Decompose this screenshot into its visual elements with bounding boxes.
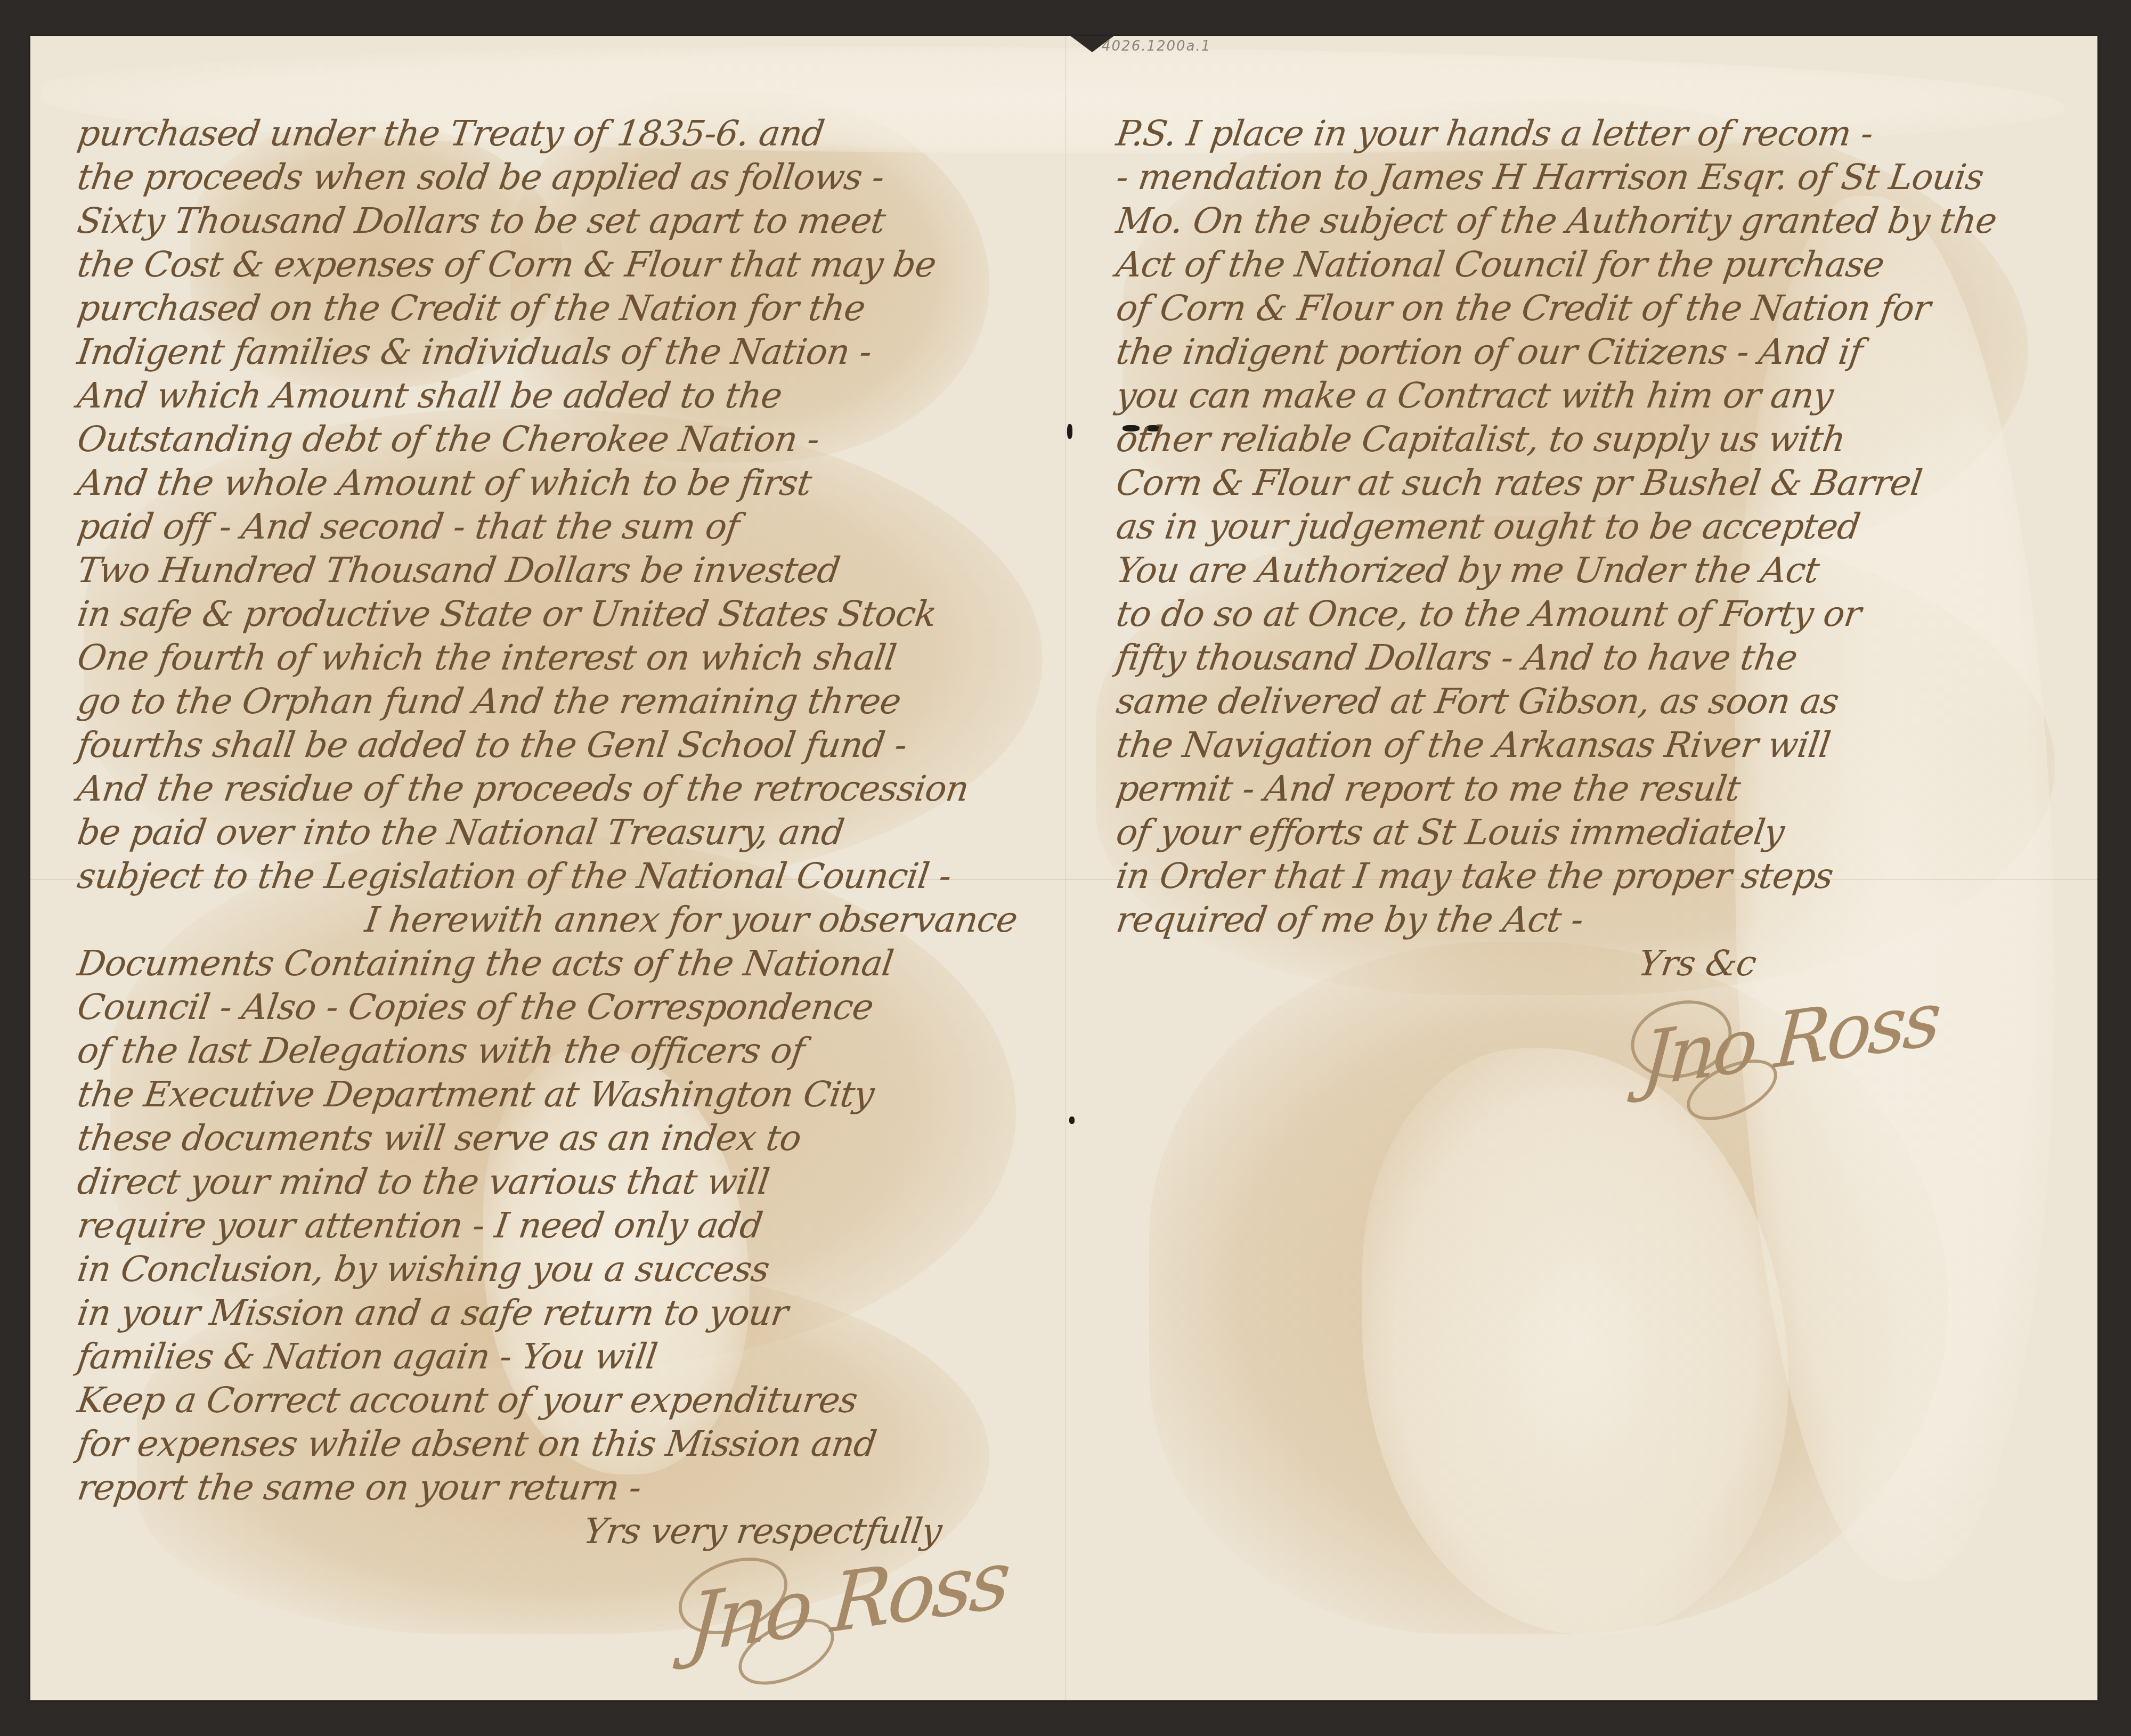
text-line: as in your judgement ought to be accepte… xyxy=(1113,505,2089,549)
text-line: paid off - And second - that the sum of xyxy=(75,505,1040,549)
text-line: direct your mind to the various that wil… xyxy=(75,1160,1040,1204)
text-line: required of me by the Act - xyxy=(1113,898,2089,942)
text-line: require your attention - I need only add xyxy=(75,1204,1040,1248)
text-line: you can make a Contract with him or any xyxy=(1113,374,2089,418)
text-line: in Order that I may take the proper step… xyxy=(1113,854,2089,898)
text-line: the Navigation of the Arkansas River wil… xyxy=(1113,723,2089,767)
text-line: Outstanding debt of the Cherokee Nation … xyxy=(75,418,1040,461)
text-line: Sixty Thousand Dollars to be set apart t… xyxy=(75,199,1040,243)
left-page: purchased under the Treaty of 1835-6. an… xyxy=(75,112,1034,1553)
text-line: in your Mission and a safe return to you… xyxy=(75,1291,1040,1335)
text-line: families & Nation again - You will xyxy=(75,1335,1040,1379)
ink-blot xyxy=(1067,424,1072,439)
text-line: fifty thousand Dollars - And to have the xyxy=(1113,636,2089,680)
text-line: the Executive Department at Washington C… xyxy=(75,1073,1040,1116)
text-line: other reliable Capitalist, to supply us … xyxy=(1113,418,2089,461)
right-page: P.S. I place in your hands a letter of r… xyxy=(1113,112,2083,985)
text-line: in safe & productive State or United Sta… xyxy=(75,592,1040,636)
text-line: of your efforts at St Louis immediately xyxy=(1113,811,2089,854)
text-line: for expenses while absent on this Missio… xyxy=(75,1422,1040,1466)
catalog-number: 4026.1200a.1 xyxy=(1102,38,1211,54)
text-line: the proceeds when sold be applied as fol… xyxy=(75,156,1040,199)
text-line: - mendation to James H Harrison Esqr. of… xyxy=(1113,156,2089,199)
text-line: Corn & Flour at such rates pr Bushel & B… xyxy=(1113,461,2089,505)
text-line: go to the Orphan fund And the remaining … xyxy=(75,680,1040,723)
text-line: the indigent portion of our Citizens - A… xyxy=(1113,330,2089,374)
paper-light-area xyxy=(1362,1048,1788,1634)
text-line: Two Hundred Thousand Dollars be invested xyxy=(75,549,1040,592)
text-line: And the whole Amount of which to be firs… xyxy=(75,461,1040,505)
text-line: Keep a Correct account of your expenditu… xyxy=(75,1379,1040,1422)
text-line: to do so at Once, to the Amount of Forty… xyxy=(1113,592,2089,636)
text-line: purchased on the Credit of the Nation fo… xyxy=(75,287,1040,330)
text-line: Indigent families & individuals of the N… xyxy=(75,330,1040,374)
text-line: permit - And report to me the result xyxy=(1113,767,2089,811)
text-line: be paid over into the National Treasury,… xyxy=(75,811,1040,854)
text-line: in Conclusion, by wishing you a success xyxy=(75,1248,1040,1291)
text-line: Act of the National Council for the purc… xyxy=(1113,243,2089,287)
text-line: of Corn & Flour on the Credit of the Nat… xyxy=(1113,287,2089,330)
text-line: Council - Also - Copies of the Correspon… xyxy=(75,985,1040,1029)
center-fold xyxy=(1065,36,1067,1700)
text-line: of the last Delegations with the officer… xyxy=(75,1029,1040,1073)
text-line: One fourth of which the interest on whic… xyxy=(75,636,1040,680)
text-line: fourths shall be added to the Genl Schoo… xyxy=(75,723,1040,767)
text-line: I herewith annex for your observance xyxy=(75,898,1040,942)
text-line: purchased under the Treaty of 1835-6. an… xyxy=(75,112,1040,156)
ink-blot xyxy=(1069,1116,1075,1124)
closing-salutation: Yrs very respectfully xyxy=(75,1510,1040,1553)
text-line: the Cost & expenses of Corn & Flour that… xyxy=(75,243,1040,287)
text-line: report the same on your return - xyxy=(75,1466,1040,1510)
text-line: You are Authorized by me Under the Act xyxy=(1113,549,2089,592)
text-line: And which Amount shall be added to the xyxy=(75,374,1040,418)
text-line: same delivered at Fort Gibson, as soon a… xyxy=(1113,680,2089,723)
text-line: Mo. On the subject of the Authority gran… xyxy=(1113,199,2089,243)
closing-salutation: Yrs &c xyxy=(1113,942,2089,985)
text-line: subject to the Legislation of the Nation… xyxy=(75,854,1040,898)
postscript-line: P.S. I place in your hands a letter of r… xyxy=(1113,112,2089,156)
text-line: these documents will serve as an index t… xyxy=(75,1116,1040,1160)
text-line: Documents Containing the acts of the Nat… xyxy=(75,942,1040,985)
text-line: And the residue of the proceeds of the r… xyxy=(75,767,1040,811)
